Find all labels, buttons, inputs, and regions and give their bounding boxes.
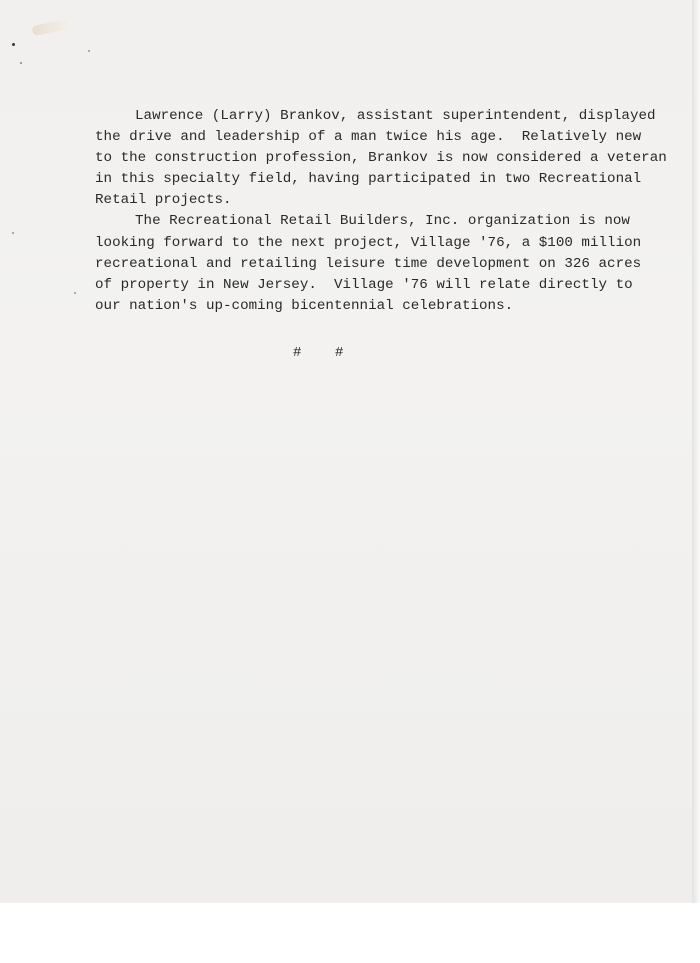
text-line: recreational and retailing leisure time … (95, 254, 655, 275)
end-mark: # (335, 345, 343, 361)
text-line: The Recreational Retail Builders, Inc. o… (95, 211, 655, 232)
paper-speck (88, 50, 90, 52)
paper-speck (74, 292, 76, 294)
end-mark: # (293, 345, 301, 361)
paper-blemish (31, 18, 74, 37)
text-line: of property in New Jersey. Village '76 w… (95, 275, 655, 296)
document-body: Lawrence (Larry) Brankov, assistant supe… (95, 106, 655, 317)
text-line: to the construction profession, Brankov … (95, 148, 655, 169)
text-line: looking forward to the next project, Vil… (95, 233, 655, 254)
text-line: our nation's up-coming bicentennial cele… (95, 296, 655, 317)
paper-speck (12, 232, 14, 234)
text-line: Lawrence (Larry) Brankov, assistant supe… (95, 106, 655, 127)
paper-speck (12, 43, 15, 46)
paper-speck (20, 62, 22, 64)
text-line: Retail projects. (95, 190, 655, 211)
text-line: in this specialty field, having particip… (95, 169, 655, 190)
text-line: the drive and leadership of a man twice … (95, 127, 655, 148)
paragraph-2: The Recreational Retail Builders, Inc. o… (95, 211, 655, 316)
scanned-page: Lawrence (Larry) Brankov, assistant supe… (0, 0, 700, 963)
paragraph-1: Lawrence (Larry) Brankov, assistant supe… (95, 106, 655, 211)
paper-sheet: Lawrence (Larry) Brankov, assistant supe… (0, 0, 692, 903)
